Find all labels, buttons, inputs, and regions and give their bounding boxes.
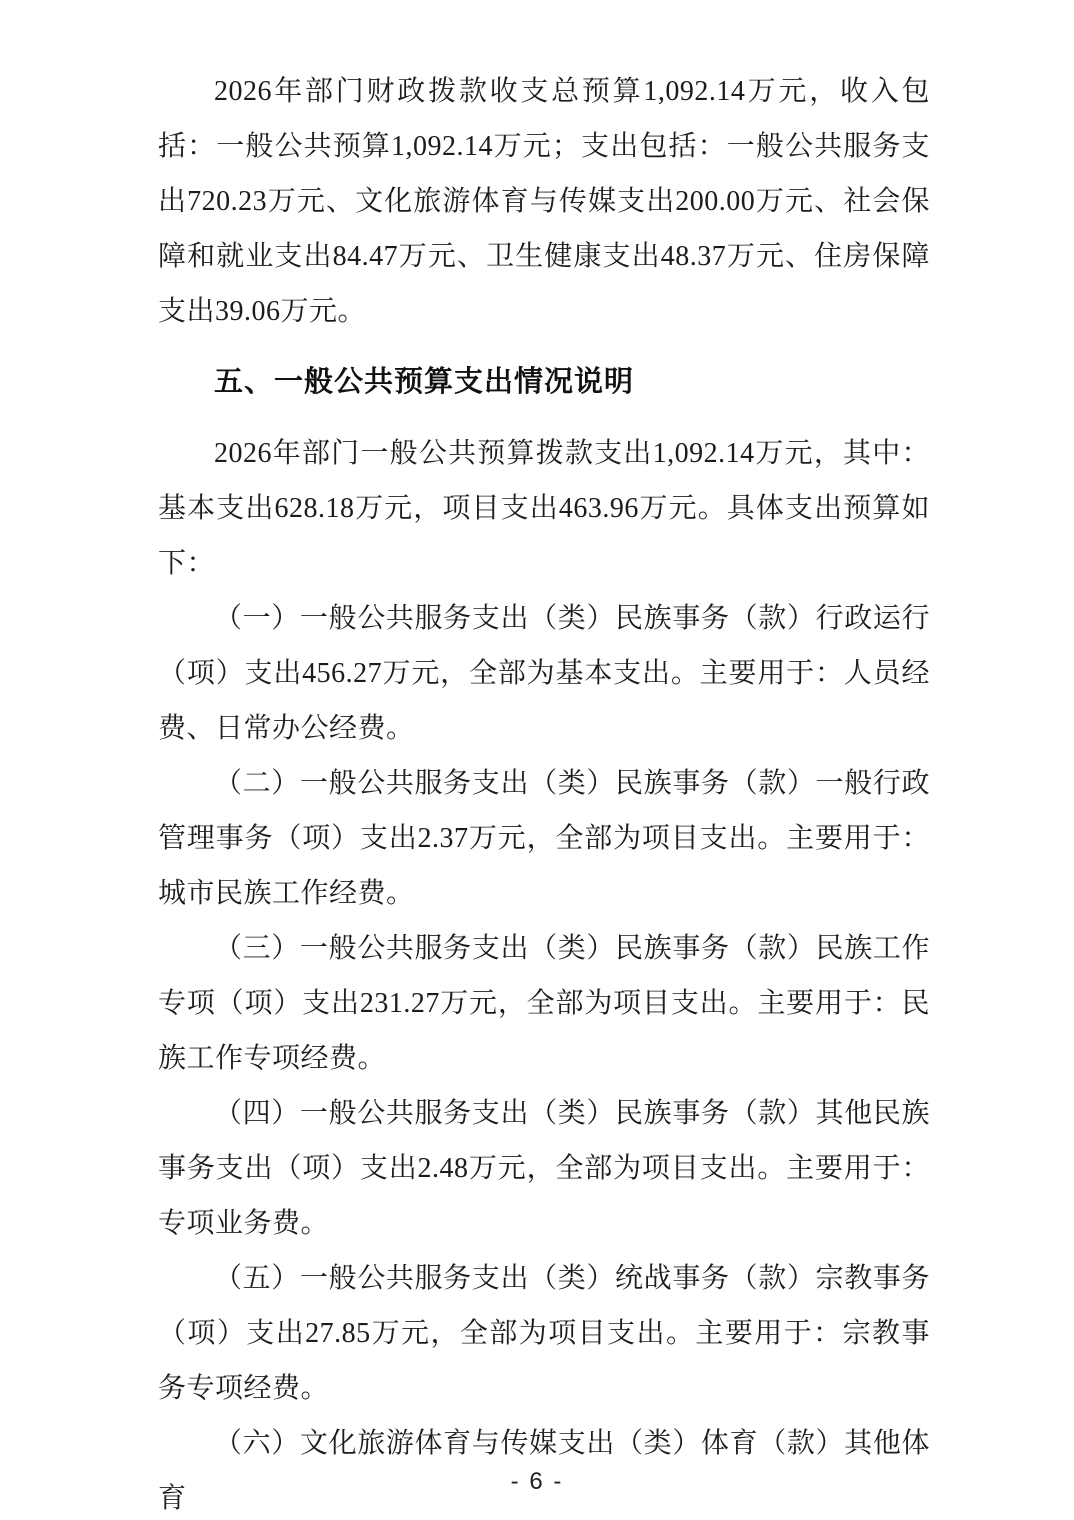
paragraph-overview: 2026年部门一般公共预算拨款支出1,092.14万元，其中：基本支出628.1…	[158, 426, 930, 591]
page-number: - 6 -	[0, 1468, 1074, 1496]
section-heading: 五、一般公共预算支出情况说明	[158, 355, 930, 410]
paragraph-item-4: （四）一般公共服务支出（类）民族事务（款）其他民族事务支出（项）支出2.48万元…	[158, 1086, 930, 1251]
document-body: 2026年部门财政拨款收支总预算1,092.14万元，收入包括：一般公共预算1,…	[158, 64, 930, 1520]
intro-paragraph: 2026年部门财政拨款收支总预算1,092.14万元，收入包括：一般公共预算1,…	[158, 64, 930, 339]
paragraph-item-5: （五）一般公共服务支出（类）统战事务（款）宗教事务（项）支出27.85万元，全部…	[158, 1251, 930, 1416]
paragraph-item-3: （三）一般公共服务支出（类）民族事务（款）民族工作专项（项）支出231.27万元…	[158, 921, 930, 1086]
document-page: 2026年部门财政拨款收支总预算1,092.14万元，收入包括：一般公共预算1,…	[0, 0, 1074, 1520]
paragraph-item-2: （二）一般公共服务支出（类）民族事务（款）一般行政管理事务（项）支出2.37万元…	[158, 756, 930, 921]
paragraph-item-1: （一）一般公共服务支出（类）民族事务（款）行政运行（项）支出456.27万元，全…	[158, 591, 930, 756]
